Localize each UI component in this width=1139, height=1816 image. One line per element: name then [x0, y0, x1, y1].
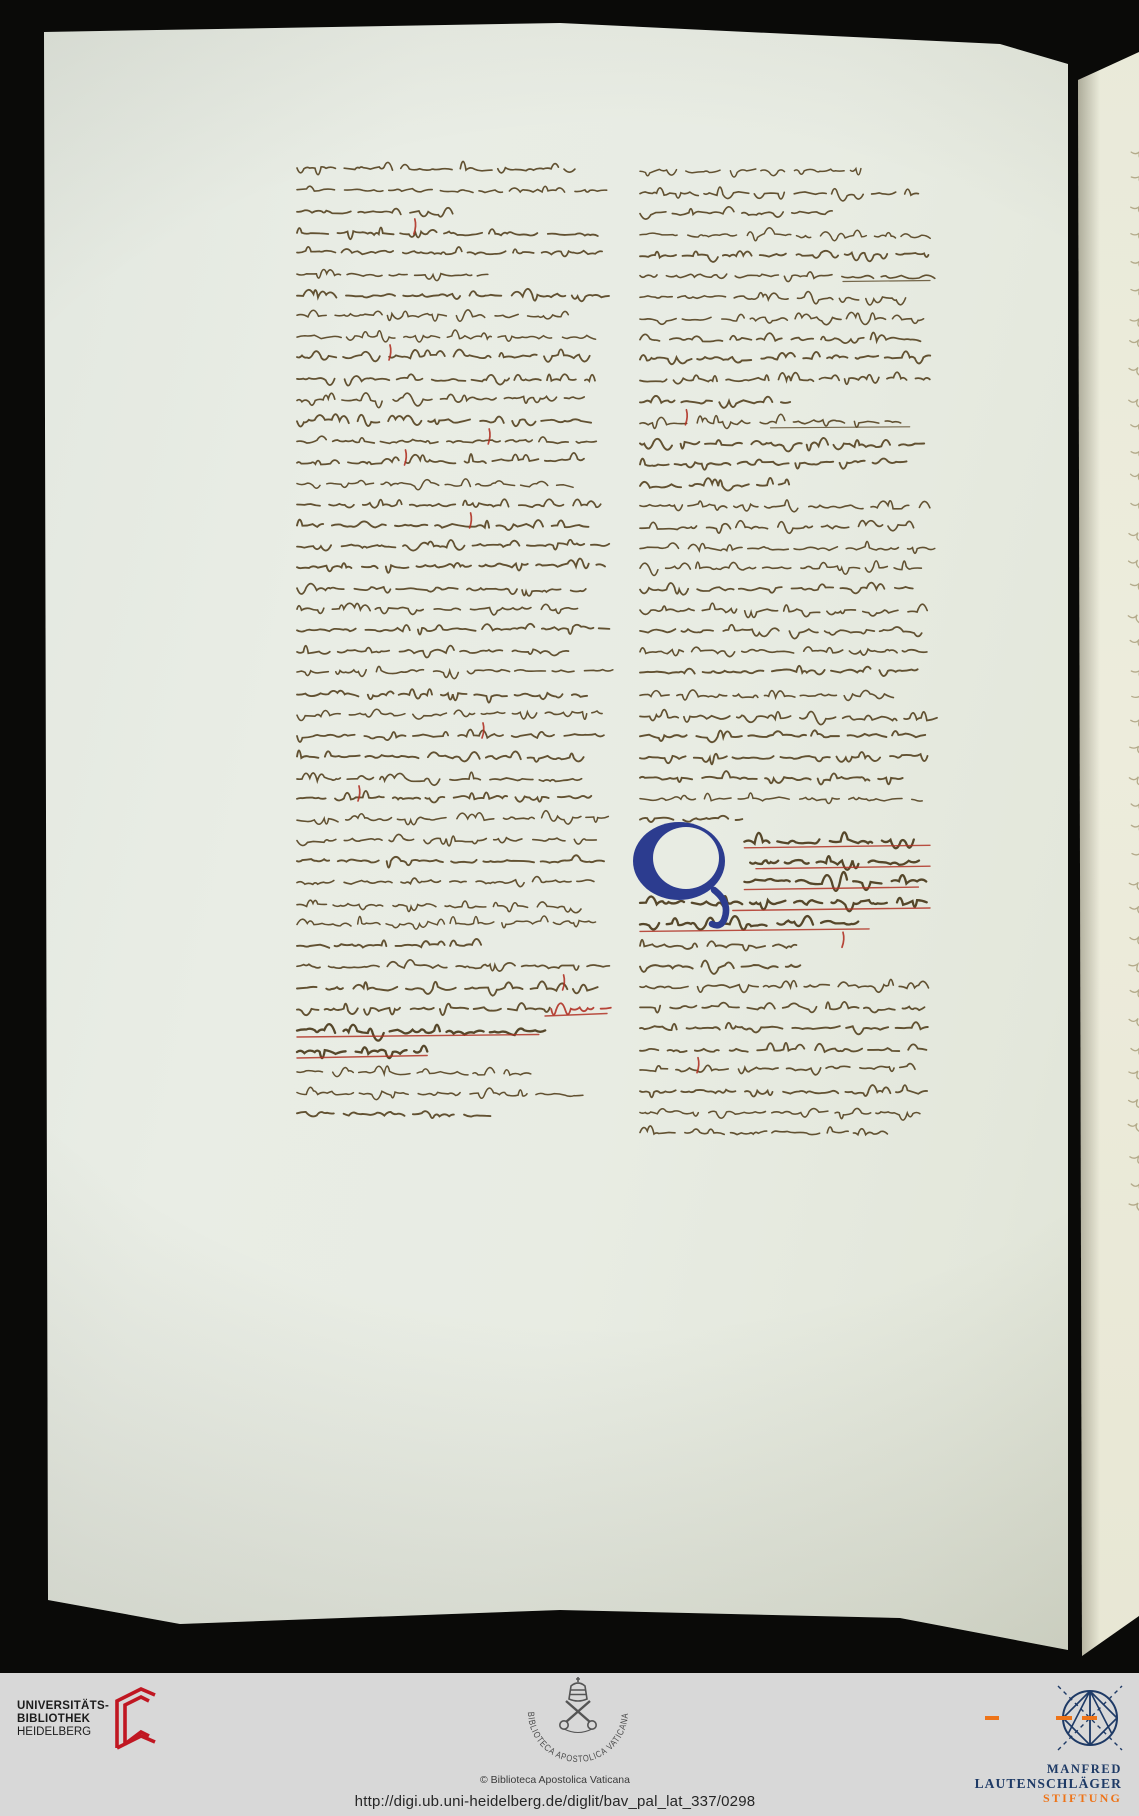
stiftung-line1: MANFRED: [975, 1762, 1122, 1776]
orange-dash-icon: [985, 1716, 999, 1720]
ub-heidelberg-wordmark: UNIVERSITÄTS- BIBLIOTHEK HEIDELBERG: [17, 1700, 109, 1739]
vatican-copyright: © Biblioteca Apostolica Vaticana: [355, 1774, 755, 1786]
ub-line3: HEIDELBERG: [17, 1726, 109, 1739]
vatican-emblem-icon: BIBLIOTECA APOSTOLICA VATICANA: [498, 1676, 658, 1776]
ub-line2: BIBLIOTHEK: [17, 1713, 109, 1726]
scan-url: http://digi.ub.uni-heidelberg.de/diglit/…: [275, 1793, 835, 1810]
manuscript-page: [0, 0, 1139, 1816]
svg-text:BIBLIOTECA APOSTOLICA VATICANA: BIBLIOTECA APOSTOLICA VATICANA: [526, 1711, 630, 1764]
scan-stage: UNIVERSITÄTS- BIBLIOTHEK HEIDELBERG: [0, 0, 1139, 1816]
stiftung-globe-icon: [1050, 1678, 1130, 1758]
ub-line1: UNIVERSITÄTS-: [17, 1700, 109, 1713]
ub-heidelberg-book-icon: [100, 1685, 160, 1759]
stiftung-wordmark: MANFRED LAUTENSCHLÄGER STIFTUNG: [975, 1762, 1122, 1806]
stiftung-line3: STIFTUNG: [975, 1791, 1122, 1806]
vatican-arc-text: BIBLIOTECA APOSTOLICA VATICANA: [526, 1711, 630, 1764]
stiftung-line2: LAUTENSCHLÄGER: [975, 1776, 1122, 1791]
footer-bar: UNIVERSITÄTS- BIBLIOTHEK HEIDELBERG: [0, 1673, 1139, 1816]
